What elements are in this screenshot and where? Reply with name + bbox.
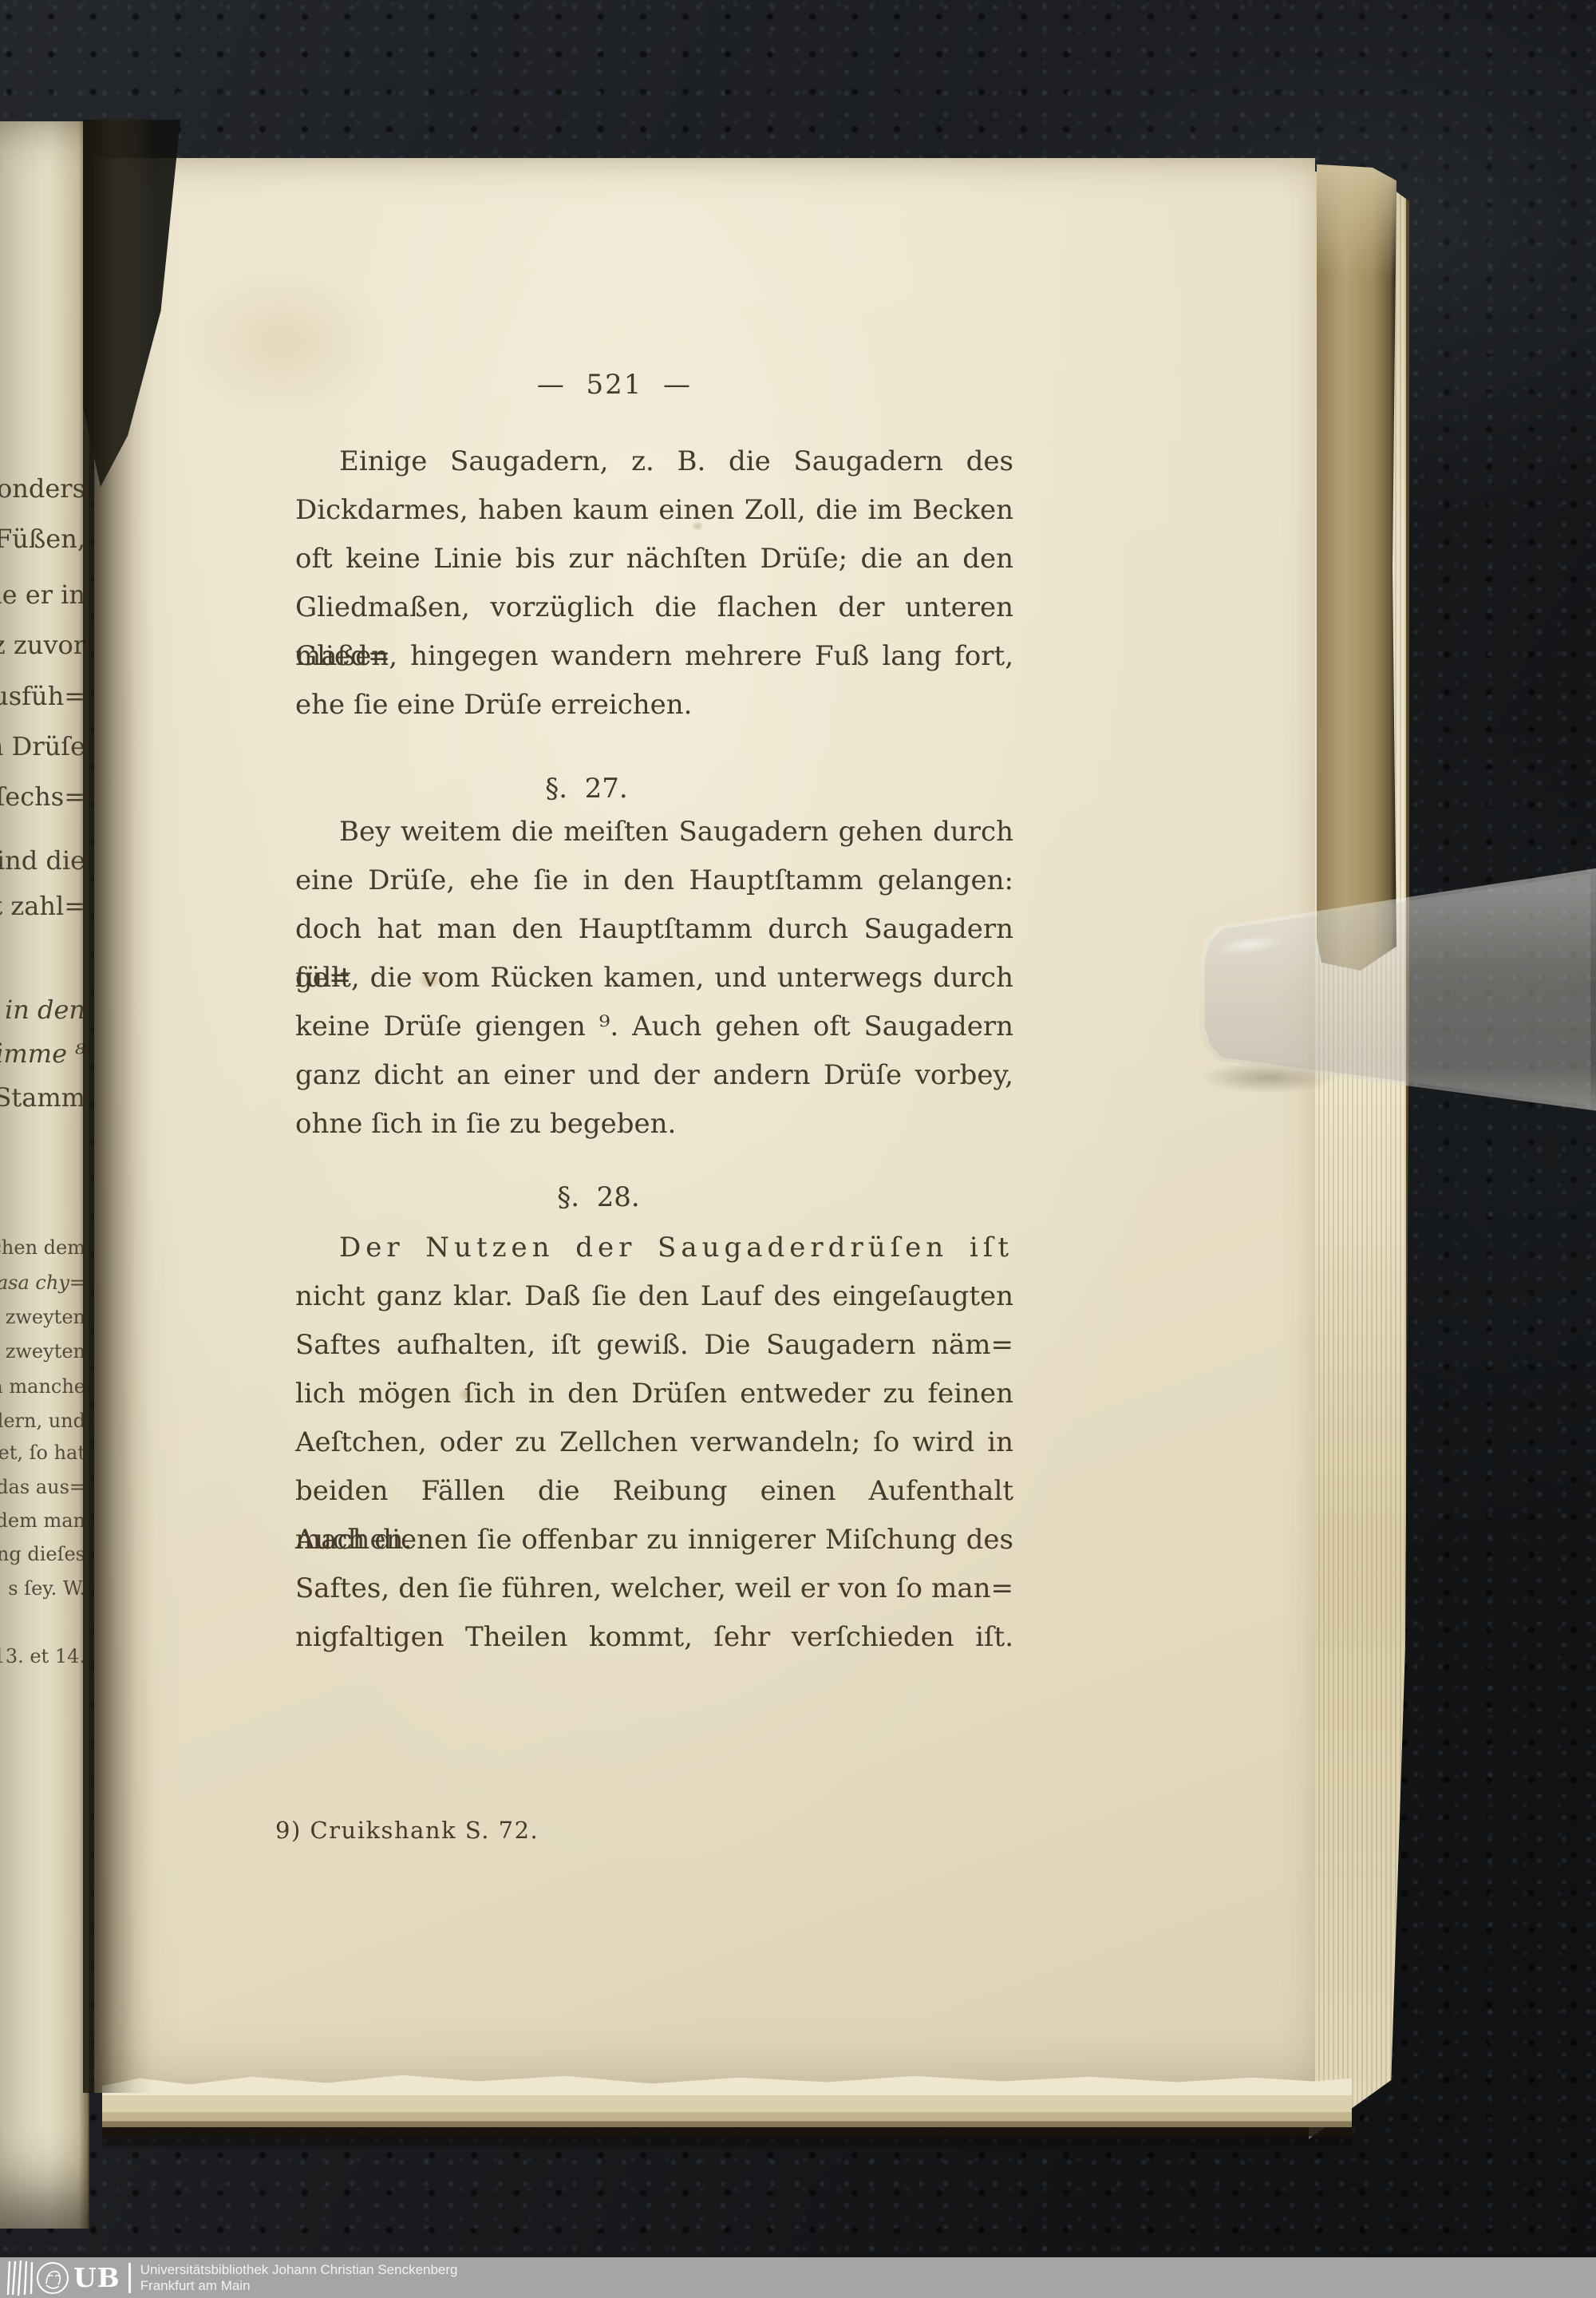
left-page-line: , ehe er in bbox=[0, 579, 85, 610]
ub-logo-text: UB bbox=[73, 2262, 120, 2293]
book-spines-icon bbox=[6, 2260, 35, 2296]
library-banner: UB Universitätsbibliothek Johann Christi… bbox=[0, 2257, 1596, 2298]
library-name: Universitätsbibliothek Johann Christian … bbox=[140, 2262, 458, 2294]
left-page-line: ſtämme ⁸ bbox=[0, 1038, 85, 1069]
left-page-line: ) weit zahl= bbox=[0, 891, 85, 921]
transparent-page-holder bbox=[1189, 860, 1596, 1124]
left-page-line: Stamm bbox=[0, 1082, 85, 1113]
left-page-footnote-line: g. 13. et 14. bbox=[0, 1645, 85, 1667]
paragraph-3: Der Nutzen der Saugaderdrüſen iſt nicht … bbox=[295, 1224, 1013, 1662]
text-line: ohne ſich in ſie zu begeben. bbox=[295, 1100, 1013, 1149]
left-page-footnote-line: n da manche bbox=[0, 1375, 85, 1398]
left-page-footnote-line: wiſchen dem bbox=[0, 1236, 85, 1259]
library-name-line2: Frankfurt am Main bbox=[140, 2278, 458, 2294]
left-page-footnote-line: , vasa chy= bbox=[0, 1272, 85, 1294]
left-page-footnote-line: da das aus= bbox=[0, 1476, 85, 1498]
deckle-page-edges bbox=[102, 2072, 1352, 2149]
senckenberg-portrait-icon bbox=[35, 2260, 70, 2296]
left-page-footnote-line: s ſey. W. bbox=[8, 1577, 85, 1600]
text-line: doch hat man den Hauptſtamm durch Saugad… bbox=[295, 905, 1013, 954]
left-page-edge: beſonders den Füßen, , ehe er in s kurz … bbox=[0, 121, 89, 2229]
library-name-line1: Universitätsbibliothek Johann Christian … bbox=[140, 2262, 458, 2278]
left-page-line: r, ſind die bbox=[0, 845, 85, 876]
left-page-footnote-line: der zweyten bbox=[0, 1340, 85, 1363]
section-heading-27: §. 27. bbox=[227, 765, 946, 813]
left-page-footnote-line: und zweyten bbox=[0, 1306, 85, 1328]
text-line: Auch dienen ſie offenbar zu innigerer Mi… bbox=[295, 1516, 1013, 1564]
text-line: Gliedmaßen, vorzüglich die flachen der u… bbox=[295, 583, 1013, 632]
ub-logo: UB bbox=[6, 2260, 140, 2296]
text-line: Aeſtchen, oder zu Zellchen verwandeln; ſ… bbox=[295, 1418, 1013, 1467]
text-line: füllt, die vom Rücken kamen, und unterwe… bbox=[295, 954, 1013, 1003]
text-line: nigfaltigen Theilen kommt, ſehr verſchie… bbox=[295, 1613, 1013, 1662]
text-line: Der Nutzen der Saugaderdrüſen iſt bbox=[295, 1224, 1013, 1272]
footnote-cruikshank: 9) Cruikshank S. 72. bbox=[275, 1817, 539, 1844]
book-page: — 521 — Einige Saugadern, z. B. die Saug… bbox=[94, 158, 1315, 2093]
left-page-line: den Füßen, bbox=[0, 524, 85, 554]
left-page-footnote-line: andern, und bbox=[0, 1410, 85, 1432]
text-line: Saftes aufhalten, iſt gewiß. Die Saugade… bbox=[295, 1321, 1013, 1370]
text-line: Dickdarmes, haben kaum einen Zoll, die i… bbox=[295, 486, 1013, 535]
text-line: Bey weitem die meiſten Saugadern gehen d… bbox=[295, 808, 1013, 856]
text-line: eine Drüſe, ehe ſie in den Hauptſtamm ge… bbox=[295, 856, 1013, 905]
text-line: oft keine Linie bis zur nächſten Drüſe; … bbox=[295, 535, 1013, 583]
left-page-footnote-line: ndet, ſo hat bbox=[0, 1442, 85, 1464]
left-page-line: enden Drüſe bbox=[0, 731, 85, 761]
text-line: lich mögen ſich in den Drüſen entweder z… bbox=[295, 1370, 1013, 1418]
book-photo-background: beſonders den Füßen, , ehe er in s kurz … bbox=[0, 0, 1596, 2298]
left-page-footnote-line: on dem man bbox=[0, 1509, 85, 1532]
text-line: ganz dicht an einer und der andern Drüſe… bbox=[295, 1051, 1013, 1100]
text-line: ehe ſie eine Drüſe erreichen. bbox=[295, 681, 1013, 730]
left-page-footnote-line: etzung dieſes bbox=[0, 1543, 85, 1565]
gutter-shadow bbox=[83, 120, 153, 2093]
paragraph-1: Einige Saugadern, z. B. die Saugadern de… bbox=[295, 437, 1013, 730]
text-line: beiden Fällen die Reibung einen Aufentha… bbox=[295, 1467, 1013, 1516]
page-number: — 521 — bbox=[255, 369, 974, 401]
text-line: nicht ganz klar. Daß ſie den Lauf des ei… bbox=[295, 1272, 1013, 1321]
text-line: Einige Saugadern, z. B. die Saugadern de… bbox=[295, 437, 1013, 486]
binding-tape-strip bbox=[1317, 164, 1396, 971]
left-page-line: ein ausfüh= bbox=[0, 681, 85, 711]
paragraph-2: Bey weitem die meiſten Saugadern gehen d… bbox=[295, 808, 1013, 1149]
section-heading-28: §. 28. bbox=[239, 1173, 958, 1222]
left-page-line: s kurz zuvor bbox=[0, 630, 85, 660]
text-line: maßen, hingegen wandern mehrere Fuß lang… bbox=[295, 632, 1013, 681]
left-page-line: B. in den bbox=[0, 995, 85, 1025]
text-line: Saftes, den ſie führen, welcher, weil er… bbox=[295, 1564, 1013, 1613]
left-page-line: beſonders bbox=[0, 473, 85, 504]
left-page-line: f= bis ſechs= bbox=[0, 781, 85, 812]
logo-separator bbox=[128, 2263, 131, 2293]
text-line: keine Drüſe giengen ⁹. Auch gehen oft Sa… bbox=[295, 1003, 1013, 1051]
